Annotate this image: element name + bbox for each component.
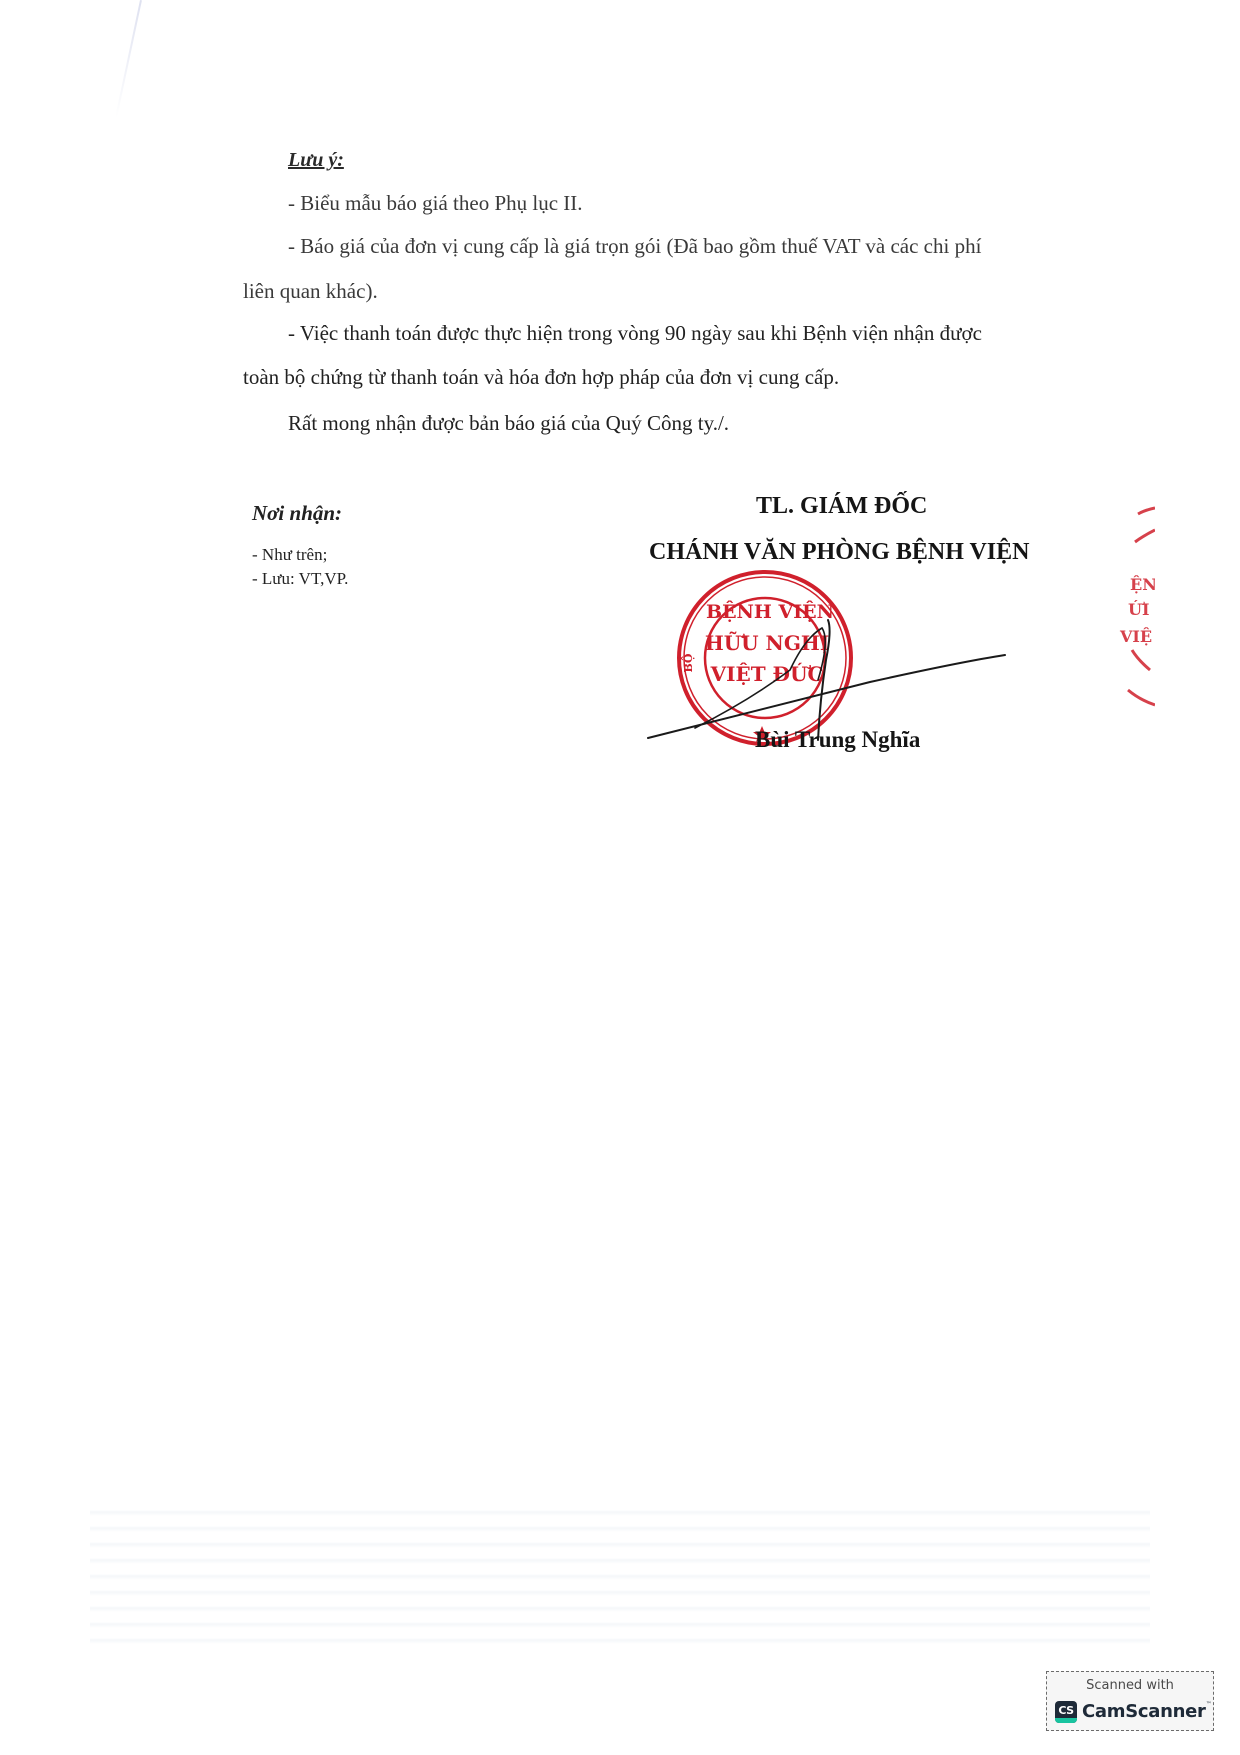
note-line: - Biểu mẫu báo giá theo Phụ lục II. xyxy=(288,193,583,214)
camscanner-logo-bar xyxy=(1055,1718,1077,1723)
camscanner-logo-icon: CS xyxy=(1055,1701,1077,1723)
note-line: - Báo giá của đơn vị cung cấp là giá trọ… xyxy=(288,236,981,257)
note-line: toàn bộ chứng từ thanh toán và hóa đơn h… xyxy=(243,367,839,388)
note-line: liên quan khác). xyxy=(243,281,378,302)
trademark-symbol: ™ xyxy=(1206,1701,1212,1708)
camscanner-brand-text: CamScanner xyxy=(1082,1701,1206,1722)
scan-bleed-through xyxy=(90,1500,1150,1650)
signer-name: Bùi Trung Nghĩa xyxy=(755,728,920,751)
signature-title-line1: TL. GIÁM ĐỐC xyxy=(756,494,927,518)
fragment-char: VIỆ xyxy=(1119,626,1152,646)
recipient-item: - Lưu: VT,VP. xyxy=(252,570,348,587)
camscanner-watermark: Scanned with CS CamScanner™ xyxy=(1046,1671,1214,1731)
fragment-char: ỨI xyxy=(1128,599,1149,619)
recipient-item: - Như trên; xyxy=(252,546,327,563)
scanned-with-label: Scanned with xyxy=(1047,1678,1213,1693)
notes-heading: Lưu ý: xyxy=(288,150,344,170)
note-line: - Việc thanh toán được thực hiện trong v… xyxy=(288,323,982,344)
recipients-title: Nơi nhận: xyxy=(252,503,342,524)
fragment-char: ỆN xyxy=(1130,574,1155,594)
camscanner-logo-text: CS xyxy=(1055,1704,1077,1717)
camscanner-brand: CamScanner™ xyxy=(1082,1701,1211,1722)
signature-title-line2: CHÁNH VĂN PHÒNG BỆNH VIỆN xyxy=(649,540,1029,564)
closing-line: Rất mong nhận được bản báo giá của Quý C… xyxy=(288,413,729,434)
scanned-document-page: Lưu ý: - Biểu mẫu báo giá theo Phụ lục I… xyxy=(0,0,1240,1755)
partial-stamp-fragment: ỆN ỨI VIỆ xyxy=(1110,500,1155,720)
scan-artifact-line xyxy=(115,0,142,118)
